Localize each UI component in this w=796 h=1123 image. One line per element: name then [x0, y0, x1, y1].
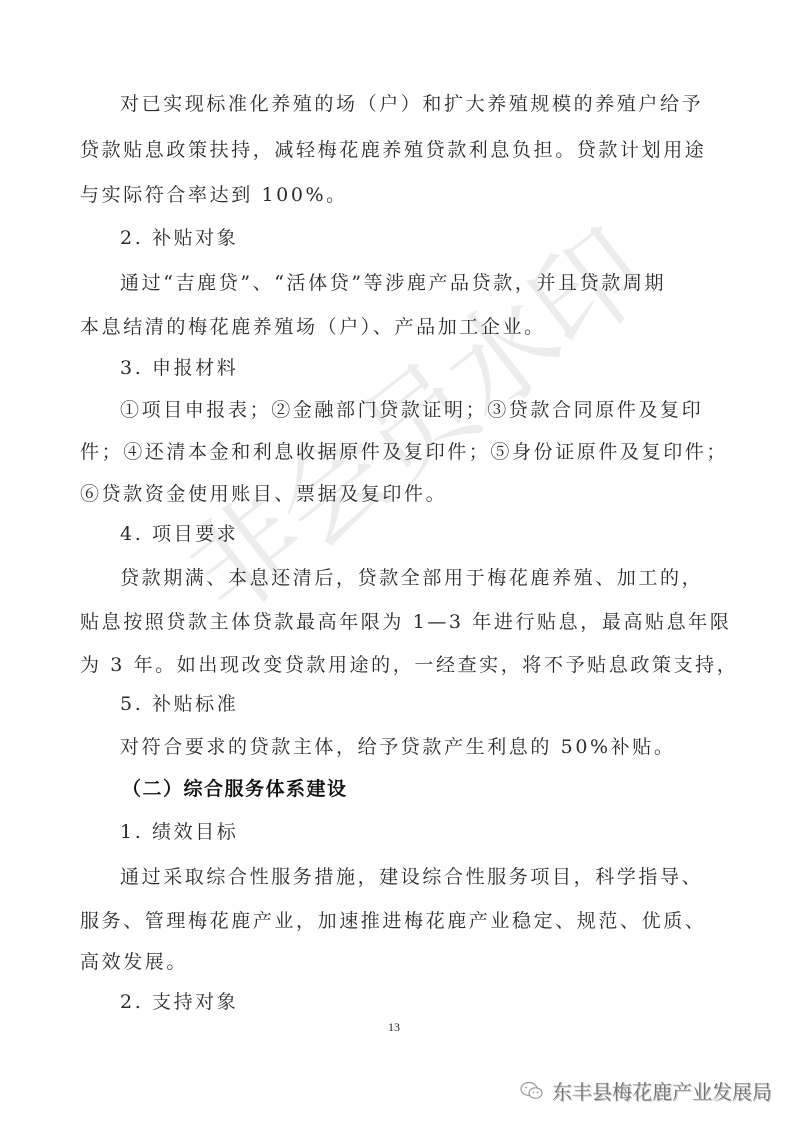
- section-heading: （二）综合服务体系建设: [122, 777, 348, 801]
- paragraph-line: 与实际符合率达到 100%。: [80, 183, 348, 207]
- paragraph-line: 对已实现标准化养殖的场（户）和扩大养殖规模的养殖户给予: [120, 92, 703, 116]
- paragraph-line: 件；④还清本金和利息收据原件及复印件；⑤身份证原件及复印件；: [80, 440, 728, 464]
- paragraph-line: 贷款期满、本息还清后，贷款全部用于梅花鹿养殖、加工的，: [120, 566, 703, 590]
- paragraph-line: 通过“吉鹿贷”、“活体贷”等涉鹿产品贷款，并且贷款周期: [120, 271, 666, 295]
- wechat-icon: [520, 1081, 544, 1101]
- document-page: 非会员水印 对已实现标准化养殖的场（户）和扩大养殖规模的养殖户给予 贷款贴息政策…: [0, 0, 796, 1123]
- subheading-application-materials: 3. 申报材料: [120, 356, 238, 380]
- paragraph-line: 高效发展。: [80, 950, 188, 974]
- subheading-subsidy-standard: 5. 补贴标准: [120, 692, 238, 716]
- paragraph-line: 通过采取综合性服务措施，建设综合性服务项目，科学指导、: [120, 865, 703, 889]
- footer-brand-name: 东丰县梅花鹿产业发展局: [552, 1076, 772, 1105]
- paragraph-line: 本息结清的梅花鹿养殖场（户）、产品加工企业。: [80, 315, 546, 339]
- paragraph-line: 为 3 年。如出现改变贷款用途的，一经查实，将不予贴息政策支持，: [80, 653, 738, 677]
- subheading-performance-goal: 1. 绩效目标: [120, 820, 238, 844]
- paragraph-line: ①项目申报表；②金融部门贷款证明；③贷款合同原件及复印: [120, 398, 703, 422]
- page-number: 13: [388, 1020, 400, 1035]
- subheading-subsidy-target: 2. 补贴对象: [120, 226, 238, 250]
- paragraph-line: 服务、管理梅花鹿产业，加速推进梅花鹿产业稳定、规范、优质、: [80, 909, 706, 933]
- subheading-support-target: 2. 支持对象: [120, 990, 238, 1014]
- paragraph-line: ⑥贷款资金使用账目、票据及复印件。: [80, 482, 447, 506]
- paragraph-line: 对符合要求的贷款主体，给予贷款产生利息的 50%补贴。: [120, 735, 675, 759]
- paragraph-line: 贴息按照贷款主体贷款最高年限为 1—3 年进行贴息，最高贴息年限: [80, 610, 731, 634]
- footer-brand: 东丰县梅花鹿产业发展局: [520, 1076, 772, 1105]
- subheading-project-requirements: 4. 项目要求: [120, 522, 238, 546]
- paragraph-line: 贷款贴息政策扶持，减轻梅花鹿养殖贷款利息负担。贷款计划用途: [80, 138, 706, 162]
